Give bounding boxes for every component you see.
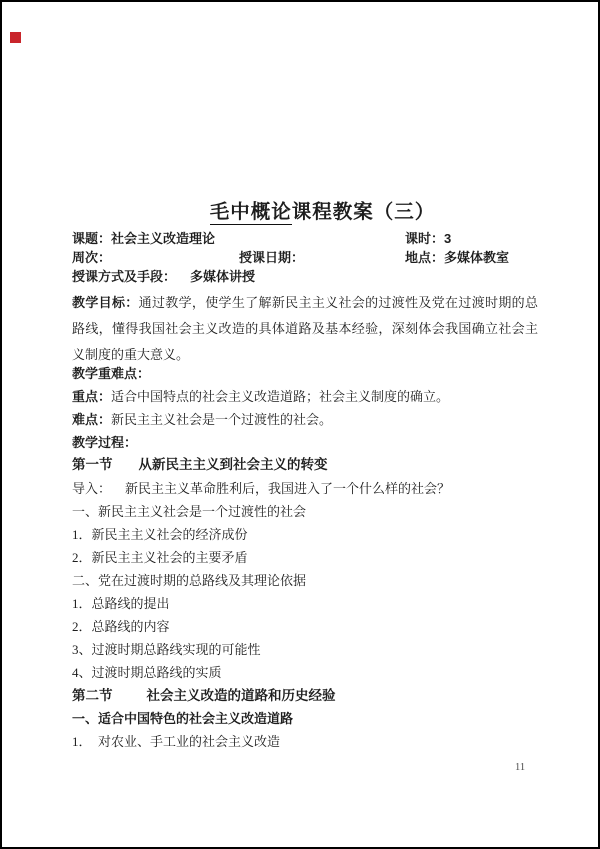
field-hours: 课时：3 [405,231,451,247]
field-location-value: 多媒体教室 [444,250,509,265]
field-subject: 课题：社会主义改造理论 [72,231,215,247]
outline-item: 4、过渡时期总路线的实质 [72,665,222,681]
field-hours-value: 3 [444,231,451,246]
page-title: 毛中概论课程教案（三） [2,196,598,224]
key-points-heading: 教学重难点： [72,366,150,382]
teaching-objectives: 教学目标：通过教学，使学生了解新民主主义社会的过渡性及党在过渡时期的总路线，懂得… [72,290,538,368]
outline-item: 3、过渡时期总路线实现的可能性 [72,642,261,658]
field-week-label: 周次： [72,250,111,265]
section2-text: 社会主义改造的道路和历史经验 [147,688,336,703]
intro-text: 新民主主义革命胜利后，我国进入了一个什么样的社会？ [125,481,450,496]
title-underlined-part: 毛中概论 [210,202,292,225]
outline-item: 2．总路线的内容 [72,619,170,635]
process-heading: 教学过程： [72,435,137,451]
field-method: 授课方式及手段：多媒体讲授 [72,269,255,285]
objectives-label: 教学目标： [72,295,139,310]
field-date-label: 授课日期： [239,250,304,265]
section1-number: 第一节 [72,457,113,472]
outline-item: 一、新民主主义社会是一个过渡性的社会 [72,504,306,520]
field-hours-label: 课时： [405,231,444,246]
section2-outline-heading: 一、适合中国特色的社会主义改造道路 [72,711,293,727]
outline-item: 1．新民主主义社会的经济成份 [72,527,248,543]
difficulty-line: 难点：新民主主义社会是一个过渡性的社会。 [72,412,332,428]
document-page: 毛中概论课程教案（三） 课题：社会主义改造理论 课时：3 周次： 授课日期： 地… [0,0,600,849]
focus-text: 适合中国特点的社会主义改造道路；社会主义制度的确立。 [111,389,449,404]
section2-number: 第二节 [72,688,113,703]
field-location: 地点：多媒体教室 [405,250,509,266]
outline-item: 1．总路线的提出 [72,596,170,612]
field-subject-value: 社会主义改造理论 [111,231,215,246]
field-method-value: 多媒体讲授 [190,269,255,284]
page-number: 11 [515,762,525,773]
difficulty-text: 新民主主义社会是一个过渡性的社会。 [111,412,332,427]
field-location-label: 地点： [405,250,444,265]
intro-label: 导入： [72,481,111,496]
section2-outline-item: 1． 对农业、手工业的社会主义改造 [72,734,280,750]
field-subject-label: 课题： [72,231,111,246]
title-rest: 课程教案（三） [292,202,436,223]
field-week: 周次： [72,250,111,266]
section1-text: 从新民主主义到社会主义的转变 [139,457,328,472]
difficulty-label: 难点： [72,412,111,427]
objectives-text: 通过教学，使学生了解新民主主义社会的过渡性及党在过渡时期的总路线，懂得我国社会主… [72,295,538,362]
focus-label: 重点： [72,389,111,404]
intro-line: 导入：新民主主义革命胜利后，我国进入了一个什么样的社会？ [72,481,450,497]
section1-title: 第一节从新民主主义到社会主义的转变 [72,457,328,473]
outline-item: 二、党在过渡时期的总路线及其理论依据 [72,573,306,589]
field-method-label: 授课方式及手段： [72,269,176,284]
section2-title: 第二节社会主义改造的道路和历史经验 [72,688,336,704]
red-corner-mark [10,32,21,43]
focus-line: 重点：适合中国特点的社会主义改造道路；社会主义制度的确立。 [72,389,449,405]
outline-item: 2．新民主主义社会的主要矛盾 [72,550,248,566]
field-date: 授课日期： [239,250,304,266]
